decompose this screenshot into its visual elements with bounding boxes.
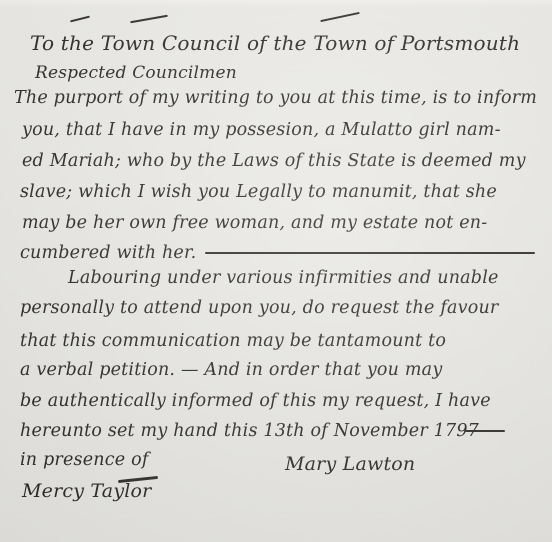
witness-name: Mercy Taylor bbox=[22, 482, 151, 501]
witness-label: in presence of bbox=[20, 452, 149, 470]
paragraph2-line: Labouring under various infirmities and … bbox=[68, 270, 499, 288]
pen-flourish bbox=[130, 15, 168, 24]
paragraph1-line: you, that I have in my possesion, a Mula… bbox=[22, 122, 501, 140]
address-line: To the Town Council of the Town of Ports… bbox=[30, 33, 520, 53]
paragraph2-line: be authentically informed of this my req… bbox=[20, 393, 491, 411]
signature: Mary Lawton bbox=[285, 455, 415, 474]
paragraph1-line: may be her own free woman, and my estate… bbox=[22, 215, 487, 233]
paragraph1-line: cumbered with her. bbox=[20, 245, 196, 263]
paragraph2-line: hereunto set my hand this 13th of Novemb… bbox=[20, 423, 479, 441]
paragraph2-line: that this communication may be tantamoun… bbox=[20, 333, 446, 351]
paragraph1-line: The purport of my writing to you at this… bbox=[14, 90, 537, 108]
paragraph1-line: slave; which I wish you Legally to manum… bbox=[20, 184, 497, 202]
line-end-flourish bbox=[465, 430, 505, 432]
pen-flourish bbox=[320, 12, 360, 22]
line-filler-flourish bbox=[205, 252, 535, 254]
paragraph2-line: personally to attend upon you, do reques… bbox=[20, 300, 499, 318]
paragraph2-line: a verbal petition. — And in order that y… bbox=[20, 362, 442, 380]
paragraph1-line: ed Mariah; who by the Laws of this State… bbox=[22, 153, 526, 171]
salutation: Respected Councilmen bbox=[35, 65, 237, 82]
pen-flourish bbox=[70, 16, 90, 23]
manuscript-page: To the Town Council of the Town of Ports… bbox=[0, 0, 552, 542]
